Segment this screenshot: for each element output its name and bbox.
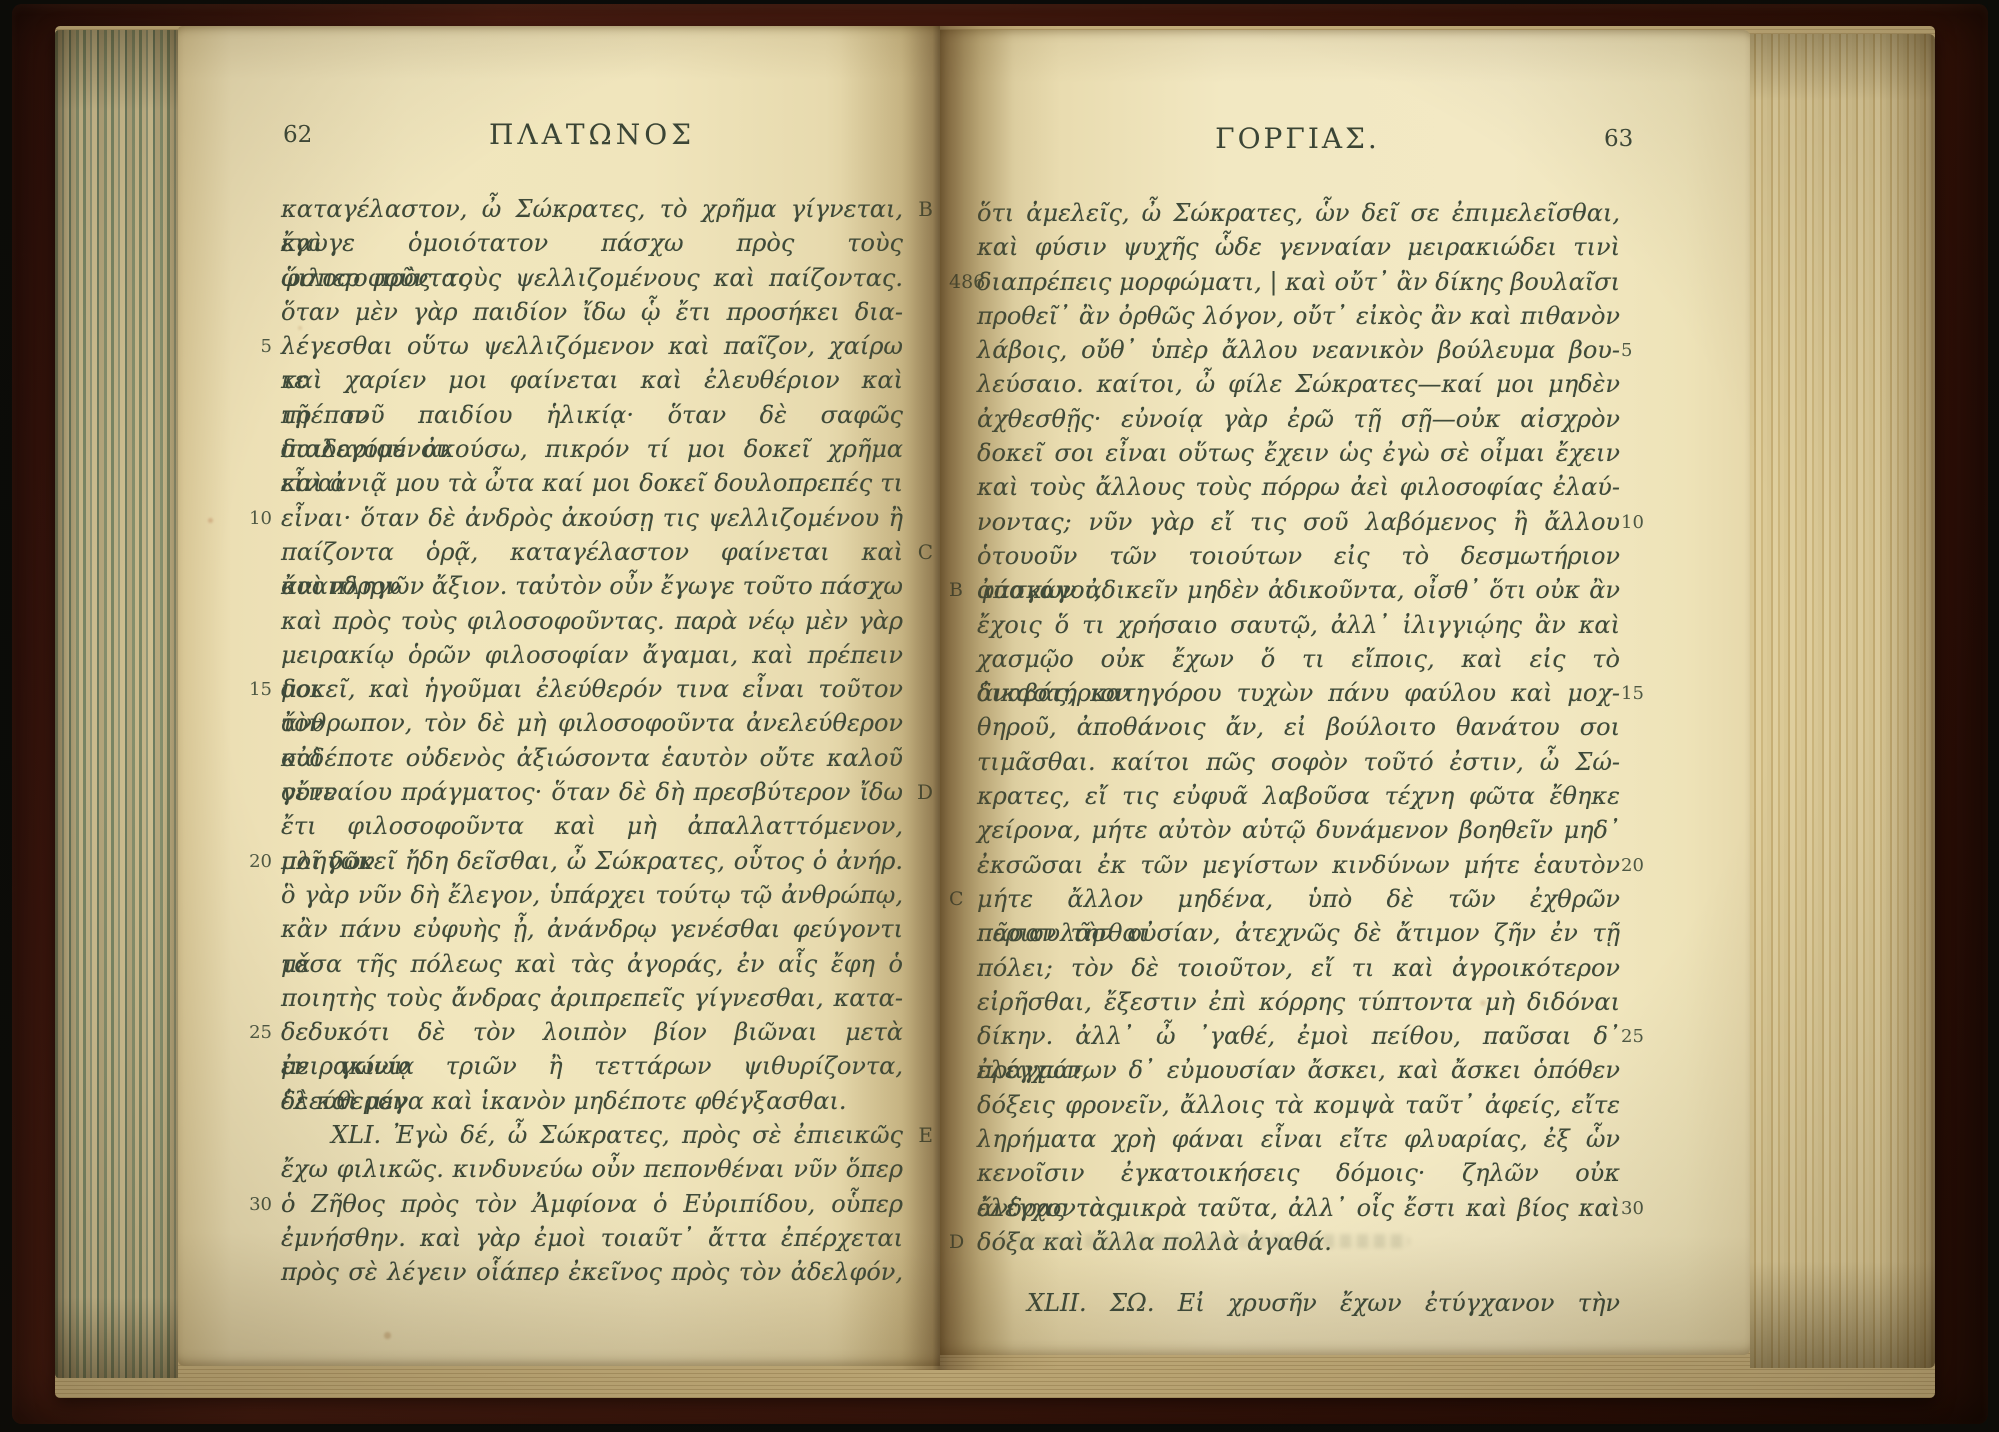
text-line: δόξεις φρονεῖν, ἄλλοις τὰ κομψὰ ταῦτ᾽ ἀφ…	[949, 1088, 1659, 1122]
greek-text: νοντας; νῦν γὰρ εἴ τις σοῦ λαβόμενος ἢ ἄ…	[977, 505, 1620, 539]
text-line: καταγέλαστον, ὦ Σώκρατες, τὸ χρῆμα γίγνε…	[238, 192, 933, 226]
foxing-spot	[1030, 730, 1035, 735]
text-line: καὶ φύσιν ψυχῆς ὧδε γενναίαν μειρακιώδει…	[949, 230, 1659, 264]
greek-text: δόξεις φρονεῖν, ἄλλοις τὰ κομψὰ ταῦτ᾽ ἀφ…	[977, 1088, 1620, 1122]
greek-text: ὅτι ἀμελεῖς, ὦ Σώκρατες, ὧν δεῖ σε ἐπιμε…	[977, 196, 1620, 230]
text-line: καὶ ἀνιᾷ μου τὰ ὦτα καί μοι δοκεῖ δουλοπ…	[238, 466, 933, 500]
text-line: χασμῷο οὐκ ἔχων ὅ τι εἴποις, καὶ εἰς τὸ …	[949, 642, 1659, 676]
stephanus-letter: E	[918, 1120, 933, 1150]
greek-text: κρατες, εἴ τις εὐφυᾶ λαβοῦσα τέχνη φῶτα …	[977, 779, 1620, 813]
greek-text: εἶναι· ὅταν δὲ ἀνδρὸς ἀκούσῃ τις ψελλιζο…	[281, 501, 903, 535]
text-line: πρὸς σὲ λέγειν οἷάπερ ἐκεῖνος πρὸς τὸν ἀ…	[238, 1255, 933, 1289]
greek-text: δοκεῖ σοι εἶναι οὕτως ἔχειν ὡς ἐγὼ σὲ οἶ…	[977, 436, 1620, 470]
text-line: ὃ γὰρ νῦν δὴ ἔλεγον, ὑπάρχει τούτῳ τῷ ἀν…	[238, 878, 933, 912]
stephanus-marker: D	[949, 1227, 964, 1257]
greek-text: προθεῖ᾽ ἂν ὀρθῶς λόγον, οὔτ᾽ εἰκὸς ἂν κα…	[977, 299, 1620, 333]
greek-text: λάβοις, οὔθ᾽ ὑπὲρ ἄλλου νεανικὸν βούλευμ…	[977, 333, 1620, 367]
text-line: ἐν γωνίᾳ τριῶν ἢ τεττάρων ψιθυρίζοντα, ἐ…	[238, 1049, 933, 1083]
text-line: 5λάβοις, οὔθ᾽ ὑπὲρ ἄλλου νεανικὸν βούλευ…	[949, 333, 1659, 367]
text-line: 5λέγεσθαι οὕτω ψελλιζόμενον καὶ παῖζον, …	[238, 329, 933, 363]
right-page: ΓΟΡΓΙΑΣ. 63 ὅτι ἀμελεῖς, ὦ Σώκρατες, ὧν …	[940, 30, 1750, 1355]
line-number: 25	[1613, 1022, 1665, 1052]
greek-text: πόλει; τὸν δὲ τοιοῦτον, εἴ τι καὶ ἀγροικ…	[977, 951, 1620, 985]
greek-text: ἀναβάς, κατηγόρου τυχὼν πάνυ φαύλου καὶ …	[977, 676, 1620, 710]
text-line: ποιητὴς τοὺς ἄνδρας ἀριπρεπεῖς γίγνεσθαι…	[238, 981, 933, 1015]
text-line: 20μοῖ δοκεῖ ἤδη δεῖσθαι, ὦ Σώκρατες, οὗτ…	[238, 844, 933, 878]
greek-text: εἰρῆσθαι, ἔξεστιν ἐπὶ κόρρης τύπτοντα μὴ…	[977, 985, 1620, 1019]
text-line: τῇ τοῦ παιδίου ἡλικίᾳ· ὅταν δὲ σαφῶς δια…	[238, 398, 933, 432]
text-line: 25δίκην. ἀλλ᾽ ὦ ᾽γαθέ, ἐμοὶ πείθου, παῦσ…	[949, 1019, 1659, 1053]
text-line: ἐμνήσθην. καὶ γὰρ ἐμοὶ τοιαῦτ᾽ ἄττα ἐπέρ…	[238, 1221, 933, 1255]
greek-text: πρὸς σὲ λέγειν οἷάπερ ἐκεῖνος πρὸς τὸν ἀ…	[281, 1255, 903, 1289]
greek-text: ληρήματα χρὴ φάναι εἶναι εἴτε φλυαρίας, …	[977, 1122, 1620, 1156]
text-line: κενοῖσιν ἐγκατοικήσεις δόμοις· ζηλῶν οὐκ…	[949, 1156, 1659, 1190]
greek-text: ὁ Ζῆθος πρὸς τὸν Ἀμφίονα ὁ Εὐριπίδου, οὗ…	[281, 1187, 903, 1221]
text-line: μήτε ἄλλον μηδένα, ὑπὸ δὲ τῶν ἐχθρῶν περ…	[949, 882, 1659, 916]
line-number: 5	[1613, 336, 1665, 366]
greek-text: καὶ τοὺς ἄλλους τοὺς πόρρω ἀεὶ φιλοσοφία…	[977, 470, 1620, 504]
greek-text: χείρονα, μήτε αὐτὸν αὑτῷ δυνάμενον βοηθε…	[977, 813, 1620, 847]
text-line: οὐδέποτε οὐδενὸς ἀξιώσοντα ἑαυτὸν οὔτε κ…	[238, 741, 933, 775]
greek-text: πᾶσαν τὴν οὐσίαν, ἀτεχνῶς δὲ ἄτιμον ζῆν …	[977, 916, 1620, 950]
text-line: ὁτουοῦν τῶν τοιούτων εἰς τὸ δεσμωτήριον …	[949, 539, 1659, 573]
stephanus-marker: B	[949, 575, 963, 605]
text-line: ἔχω φιλικῶς. κινδυνεύω οὖν πεπονθέναι νῦ…	[238, 1152, 933, 1186]
line-number: 30	[1613, 1194, 1665, 1224]
greek-text: ὃ γὰρ νῦν δὴ ἔλεγον, ὑπάρχει τούτῳ τῷ ἀν…	[281, 878, 903, 912]
text-line: κἂν πάνυ εὐφυὴς ᾖ, ἀνάνδρῳ γενέσθαι φεύγ…	[238, 912, 933, 946]
line-number: 30	[238, 1190, 272, 1220]
greek-text: ἄνδρας τὰ μικρὰ ταῦτα, ἀλλ᾽ οἷς ἔστι καὶ…	[977, 1191, 1620, 1225]
line-number: 20	[238, 847, 272, 877]
text-line: λεύσαιο. καίτοι, ὦ φίλε Σώκρατες—καί μοι…	[949, 367, 1659, 401]
text-line: 15ἀναβάς, κατηγόρου τυχὼν πάνυ φαύλου κα…	[949, 676, 1659, 710]
text-line: καὶ πρὸς τοὺς φιλοσοφοῦντας. παρὰ νέῳ μὲ…	[238, 604, 933, 638]
text-line: 30ὁ Ζῆθος πρὸς τὸν Ἀμφίονα ὁ Εὐριπίδου, …	[238, 1187, 933, 1221]
text-line: δὲ καὶ μέγα καὶ ἱκανὸν μηδέποτε φθέγξασθ…	[238, 1084, 933, 1118]
line-number: 10	[238, 504, 272, 534]
greek-text: γενναίου πράγματος· ὅταν δὲ δὴ πρεσβύτερ…	[281, 775, 903, 809]
greek-text: θηροῦ, ἀποθάνοις ἄν, εἰ βούλοιτο θανάτου…	[977, 710, 1620, 744]
text-line: γενναίου πράγματος· ὅταν δὲ δὴ πρεσβύτερ…	[238, 775, 933, 809]
text-line: ἔτι φιλοσοφοῦντα καὶ μὴ ἀπαλλαττόμενον, …	[238, 809, 933, 843]
greek-text: καὶ πρὸς τοὺς φιλοσοφοῦντας. παρὰ νέῳ μὲ…	[281, 604, 903, 638]
text-line: παίζοντα ὁρᾷ, καταγέλαστον φαίνεται καὶ …	[238, 535, 933, 569]
line-number: 25	[238, 1018, 272, 1048]
greek-text: καὶ πληγῶν ἄξιον. ταὐτὸν οὖν ἔγωγε τοῦτο…	[281, 569, 903, 603]
greek-text: τιμᾶσθαι. καίτοι πῶς σοφὸν τοῦτό ἐστιν, …	[977, 745, 1620, 779]
text-line: 15δοκεῖ, καὶ ἡγοῦμαι ἐλεύθερόν τινα εἶνα…	[238, 672, 933, 706]
text-line: μειρακίῳ ὁρῶν φιλοσοφίαν ἄγαμαι, καὶ πρέ…	[238, 638, 933, 672]
text-line: παιδαρίου ἀκούσω, πικρόν τί μοι δοκεῖ χρ…	[238, 432, 933, 466]
running-title-left: ΠΛΑΤΩΝΟΣ	[281, 118, 903, 151]
text-block-left: καταγέλαστον, ὦ Σώκρατες, τὸ χρῆμα γίγνε…	[238, 192, 933, 1290]
greek-text: φάσκων ἀδικεῖν μηδὲν ἀδικοῦντα, οἶσθ᾽ ὅτ…	[977, 573, 1620, 607]
foxing-spot	[1480, 1000, 1486, 1006]
text-line: ἄνθρωπον, τὸν δὲ μὴ φιλοσοφοῦντα ἀνελεύθ…	[238, 706, 933, 740]
greek-text: ἔχω φιλικῶς. κινδυνεύω οὖν πεπονθέναι νῦ…	[281, 1152, 903, 1186]
text-line: 25δεδυκότι δὲ τὸν λοιπὸν βίον βιῶναι μετ…	[238, 1015, 933, 1049]
text-block-right: ὅτι ἀμελεῖς, ὦ Σώκρατες, ὧν δεῖ σε ἐπιμε…	[949, 196, 1659, 1321]
left-page: 62 ΠΛΑΤΩΝΟΣ καταγέλαστον, ὦ Σώκρατες, τὸ…	[178, 26, 940, 1366]
show-through-ghost-text	[1000, 1234, 1410, 1248]
text-line: 30ἄνδρας τὰ μικρὰ ταῦτα, ἀλλ᾽ οἷς ἔστι κ…	[949, 1191, 1659, 1225]
text-line: καὶ πληγῶν ἄξιον. ταὐτὸν οὖν ἔγωγε τοῦτο…	[238, 569, 933, 603]
greek-text: μέσα τῆς πόλεως καὶ τὰς ἀγοράς, ἐν αἷς ἔ…	[281, 947, 903, 981]
greek-text: καὶ ἀνιᾷ μου τὰ ὦτα καί μοι δοκεῖ δουλοπ…	[281, 466, 903, 500]
running-title-right: ΓΟΡΓΙΑΣ.	[975, 122, 1620, 155]
text-line: πραγμάτων δ᾽ εὐμουσίαν ἄσκει, καὶ ἄσκει …	[949, 1053, 1659, 1087]
greek-text: ἐμνήσθην. καὶ γὰρ ἐμοὶ τοιαῦτ᾽ ἄττα ἐπέρ…	[281, 1221, 903, 1255]
greek-text: XLII. ΣΩ. Εἰ χρυσῆν ἔχων ἐτύγχανον τὴν	[977, 1286, 1620, 1320]
line-number: 10	[1613, 508, 1665, 538]
greek-text: λεύσαιο. καίτοι, ὦ φίλε Σώκρατες—καί μοι…	[977, 367, 1620, 401]
stephanus-letter: C	[918, 537, 933, 567]
text-line: χείρονα, μήτε αὐτὸν αὑτῷ δυνάμενον βοηθε…	[949, 813, 1659, 847]
greek-text: ἀχθεσθῇς· εὐνοίᾳ γὰρ ἐρῶ τῇ σῇ—οὐκ αἰσχρ…	[977, 402, 1620, 436]
text-line: εἰρῆσθαι, ἔξεστιν ἐπὶ κόρρης τύπτοντα μὴ…	[949, 985, 1659, 1019]
greek-text: καὶ φύσιν ψυχῆς ὧδε γενναίαν μειρακιώδει…	[977, 230, 1620, 264]
text-line: θηροῦ, ἀποθάνοις ἄν, εἰ βούλοιτο θανάτου…	[949, 710, 1659, 744]
text-line: ἔχοις ὅ τι χρήσαιο σαυτῷ, ἀλλ᾽ ἰλιγγιῴης…	[949, 608, 1659, 642]
line-number: 15	[1613, 679, 1665, 709]
text-line: καὶ χαρίεν μοι φαίνεται καὶ ἐλευθέριον κ…	[238, 363, 933, 397]
greek-text: ὥσπερ πρὸς τοὺς ψελλιζομένους καὶ παίζον…	[281, 261, 903, 295]
line-number: 15	[238, 675, 272, 705]
text-line: προθεῖ᾽ ἂν ὀρθῶς λόγον, οὔτ᾽ εἰκὸς ἂν κα…	[949, 299, 1659, 333]
page-number-right: 63	[1604, 126, 1633, 152]
text-line: πᾶσαν τὴν οὐσίαν, ἀτεχνῶς δὲ ἄτιμον ζῆν …	[949, 916, 1659, 950]
foxing-spot	[298, 326, 302, 330]
text-line: ὅταν μὲν γὰρ παιδίον ἴδω ᾧ ἔτι προσήκει …	[238, 295, 933, 329]
line-number: 5	[238, 332, 272, 362]
text-line: 10νοντας; νῦν γὰρ εἴ τις σοῦ λαβόμενος ἢ…	[949, 505, 1659, 539]
greek-text: ποιητὴς τοὺς ἄνδρας ἀριπρεπεῖς γίγνεσθαι…	[281, 981, 903, 1015]
greek-text: ὅταν μὲν γὰρ παιδίον ἴδω ᾧ ἔτι προσήκει …	[281, 295, 903, 329]
line-number: 20	[1613, 851, 1665, 881]
text-line: κρατες, εἴ τις εὐφυᾶ λαβοῦσα τέχνη φῶτα …	[949, 779, 1659, 813]
text-line: ὅτι ἀμελεῖς, ὦ Σώκρατες, ὧν δεῖ σε ἐπιμε…	[949, 196, 1659, 230]
text-line: XLI. Ἐγὼ δέ, ὦ Σώκρατες, πρὸς σὲ ἐπιεικῶ…	[238, 1118, 933, 1152]
text-line: καὶ τοὺς ἄλλους τοὺς πόρρω ἀεὶ φιλοσοφία…	[949, 470, 1659, 504]
text-line: 20ἐκσῶσαι ἐκ τῶν μεγίστων κινδύνων μήτε …	[949, 848, 1659, 882]
text-line: ἀχθεσθῇς· εὐνοίᾳ γὰρ ἐρῶ τῇ σῇ—οὐκ αἰσχρ…	[949, 402, 1659, 436]
text-line: ληρήματα χρὴ φάναι εἶναι εἴτε φλυαρίας, …	[949, 1122, 1659, 1156]
text-line: τιμᾶσθαι. καίτοι πῶς σοφὸν τοῦτό ἐστιν, …	[949, 745, 1659, 779]
greek-text: ἐκσῶσαι ἐκ τῶν μεγίστων κινδύνων μήτε ἑα…	[977, 848, 1620, 882]
greek-text: δὲ καὶ μέγα καὶ ἱκανὸν μηδέποτε φθέγξασθ…	[281, 1084, 903, 1118]
greek-text: διαπρέπεις μορφώματι, | καὶ οὔτ᾽ ἂν δίκη…	[977, 265, 1620, 299]
text-line: πόλει; τὸν δὲ τοιοῦτον, εἴ τι καὶ ἀγροικ…	[949, 951, 1659, 985]
greek-text: πραγμάτων δ᾽ εὐμουσίαν ἄσκει, καὶ ἄσκει …	[977, 1053, 1620, 1087]
book-photo: 62 ΠΛΑΤΩΝΟΣ καταγέλαστον, ὦ Σώκρατες, τὸ…	[0, 0, 1999, 1432]
text-line: δοκεῖ σοι εἶναι οὕτως ἔχειν ὡς ἐγὼ σὲ οἶ…	[949, 436, 1659, 470]
greek-text: XLI. Ἐγὼ δέ, ὦ Σώκρατες, πρὸς σὲ ἐπιεικῶ…	[281, 1118, 903, 1152]
text-line: φάσκων ἀδικεῖν μηδὲν ἀδικοῦντα, οἶσθ᾽ ὅτ…	[949, 573, 1659, 607]
text-line: διαπρέπεις μορφώματι, | καὶ οὔτ᾽ ἂν δίκη…	[949, 265, 1659, 299]
foxing-spot	[384, 1332, 391, 1339]
text-line: ὥσπερ πρὸς τοὺς ψελλιζομένους καὶ παίζον…	[238, 261, 933, 295]
stephanus-letter: B	[918, 194, 933, 224]
text-line: 10εἶναι· ὅταν δὲ ἀνδρὸς ἀκούσῃ τις ψελλι…	[238, 501, 933, 535]
left-fore-edge	[55, 30, 178, 1378]
right-fore-edge	[1750, 34, 1935, 1368]
stephanus-marker: 486	[949, 267, 985, 297]
text-line: μέσα τῆς πόλεως καὶ τὰς ἀγοράς, ἐν αἷς ἔ…	[238, 947, 933, 981]
text-line: XLII. ΣΩ. Εἰ χρυσῆν ἔχων ἐτύγχανον τὴν	[949, 1286, 1659, 1320]
text-line: ἔγωγε ὁμοιότατον πάσχω πρὸς τοὺς φιλοσοφ…	[238, 226, 933, 260]
stephanus-marker: C	[949, 884, 964, 914]
foxing-spot	[208, 518, 213, 523]
greek-text: μοῖ δοκεῖ ἤδη δεῖσθαι, ὦ Σώκρατες, οὗτος…	[281, 844, 903, 878]
greek-text: ἔχοις ὅ τι χρήσαιο σαυτῷ, ἀλλ᾽ ἰλιγγιῴης…	[977, 608, 1620, 642]
stephanus-letter: D	[917, 777, 933, 807]
